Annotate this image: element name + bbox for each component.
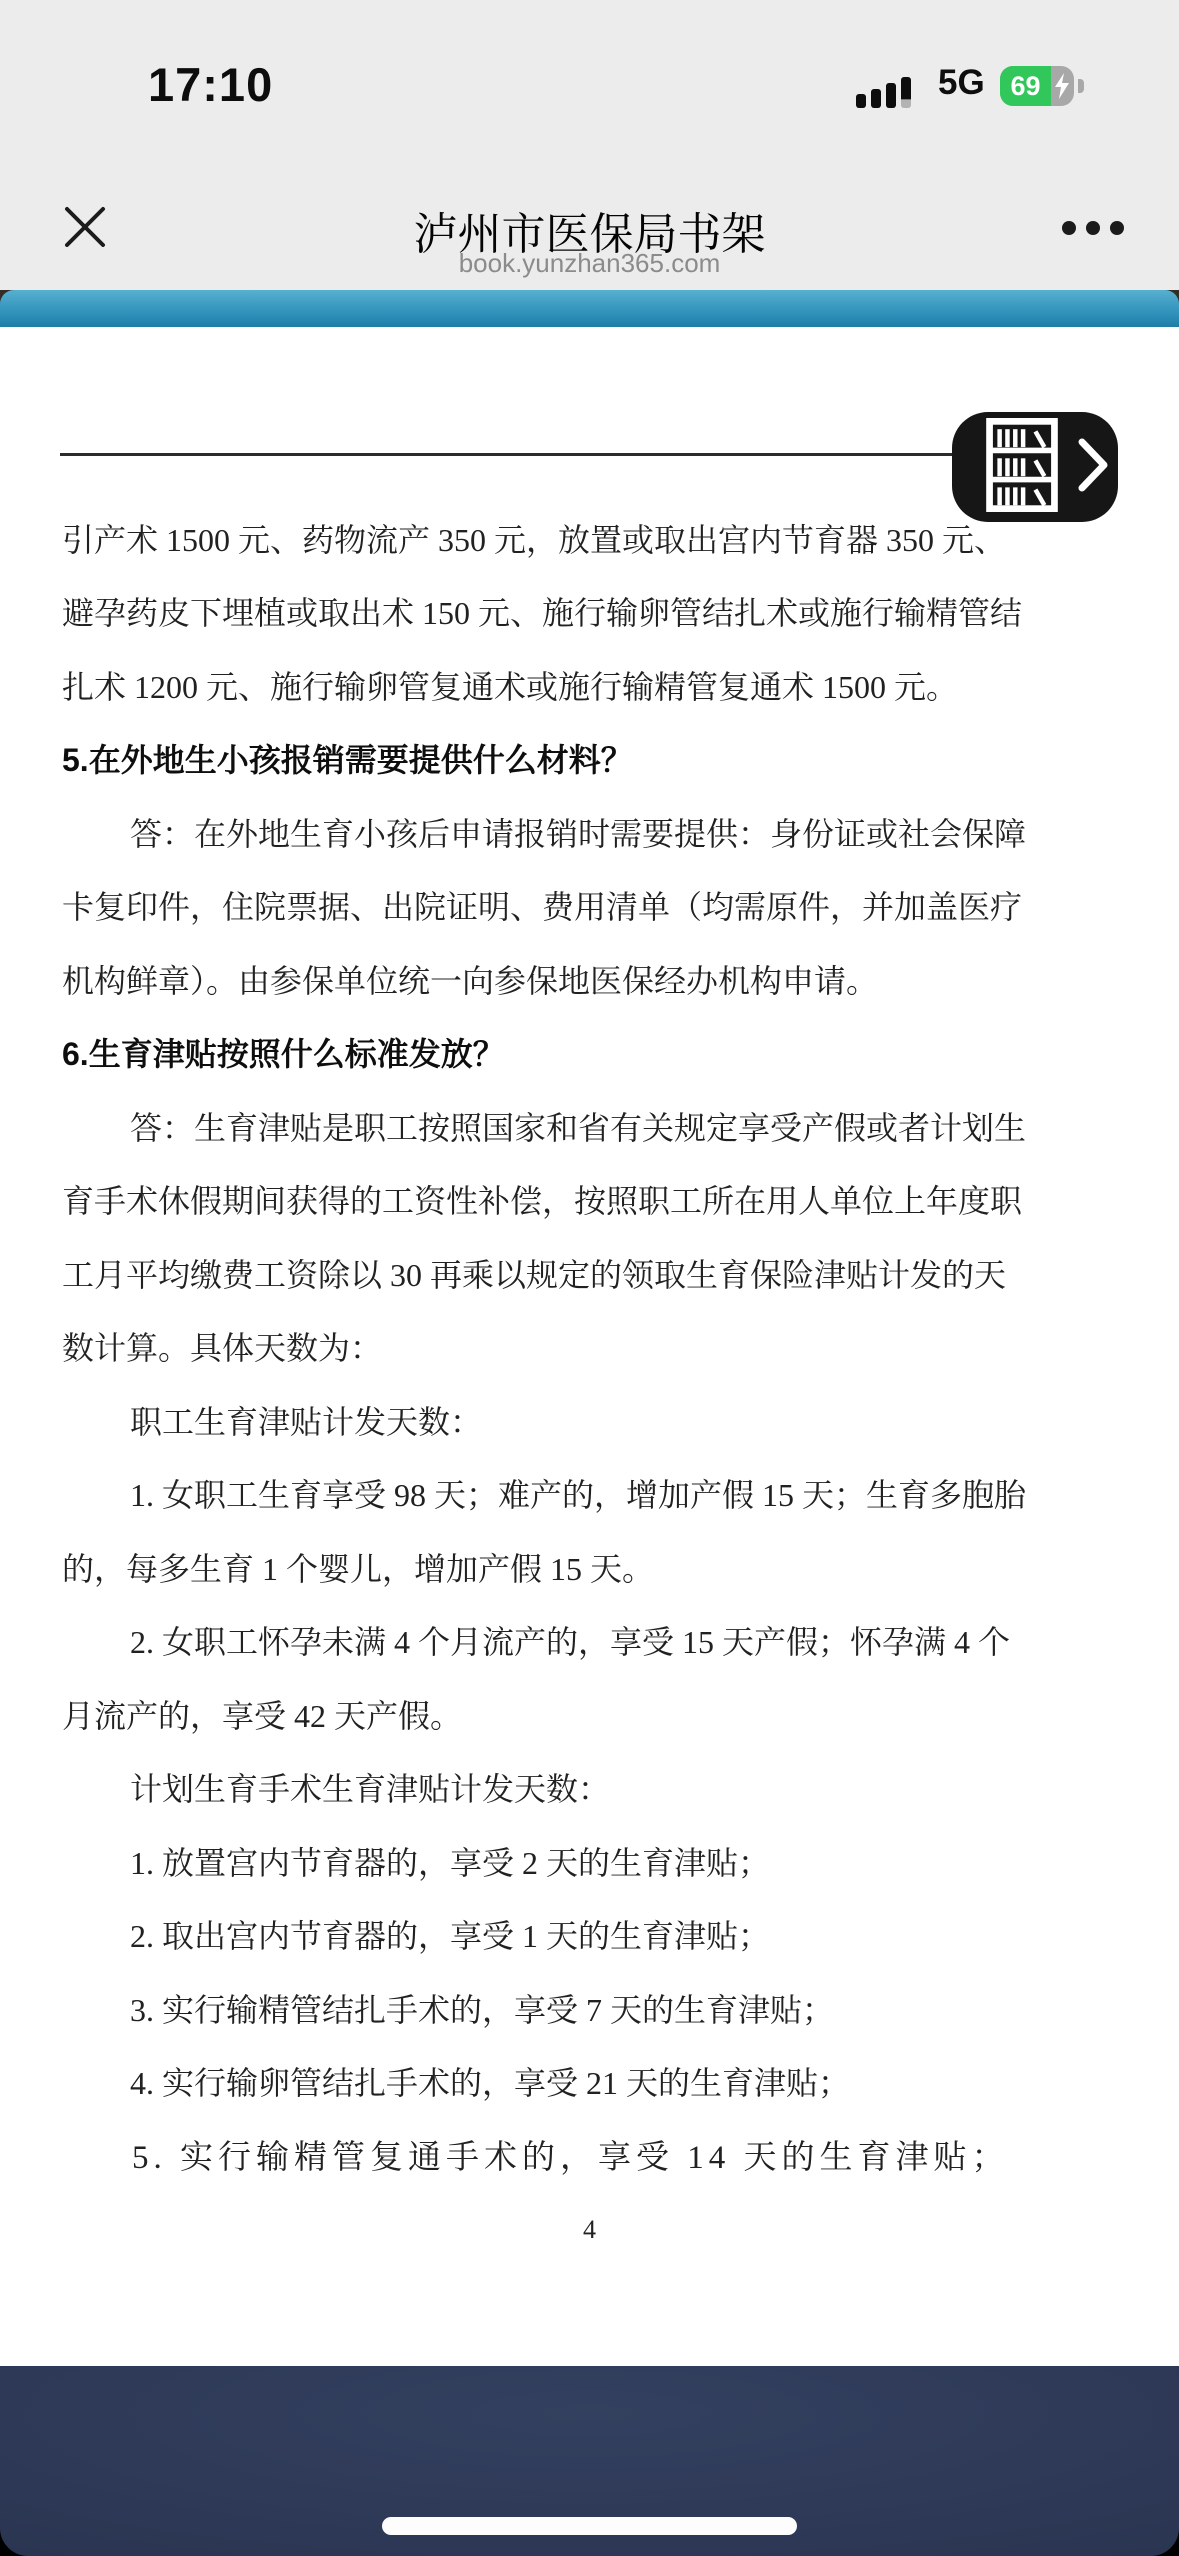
document-line: 1. 女职工生育享受 98 天；难产的，增加产假 15 天；生育多胞胎 (62, 1457, 1122, 1531)
flipbook-backdrop (0, 290, 1179, 327)
signal-bar (871, 89, 881, 108)
document-line: 职工生育津贴计发天数： (62, 1383, 1122, 1457)
battery-icon: 69 (1000, 66, 1084, 106)
ellipsis-dot (1062, 221, 1076, 235)
charging-bolt-icon (1053, 73, 1071, 104)
document-line: 的，每多生育 1 个婴儿，增加产假 15 天。 (62, 1530, 1122, 1604)
document-line: 数计算。具体天数为： (62, 1310, 1122, 1384)
more-menu-button[interactable] (1062, 221, 1124, 235)
network-type-label: 5G (938, 63, 985, 103)
document-line: 2. 取出宫内节育器的，享受 1 天的生育津贴； (62, 1898, 1122, 1972)
document-line: 1. 放置宫内节育器的，享受 2 天的生育津贴； (62, 1824, 1122, 1898)
battery-cap (1078, 79, 1084, 93)
document-line: 2. 女职工怀孕未满 4 个月流产的，享受 15 天产假；怀孕满 4 个 (62, 1604, 1122, 1678)
home-indicator[interactable] (382, 2517, 797, 2535)
document-line: 引产术 1500 元、药物流产 350 元，放置或取出宫内节育器 350 元、 (62, 501, 1122, 575)
document-line: 月流产的，享受 42 天产假。 (62, 1677, 1122, 1751)
page-number: 4 (0, 2215, 1179, 2245)
document-line: 6.生育津贴按照什么标准发放？ (62, 1016, 1122, 1090)
document-line: 工月平均缴费工资除以 30 再乘以规定的领取生育保险津贴计发的天 (62, 1236, 1122, 1310)
document-line: 扎术 1200 元、施行输卵管复通术或施行输精管复通术 1500 元。 (62, 648, 1122, 722)
signal-bar (856, 94, 866, 108)
document-page: 引产术 1500 元、药物流产 350 元，放置或取出宫内节育器 350 元、避… (0, 327, 1179, 2366)
document-line: 5. 实行输精管复通手术的，享受 14 天的生育津贴； (62, 2118, 1122, 2192)
document-line: 答：在外地生育小孩后申请报销时需要提供：身份证或社会保障 (62, 795, 1122, 869)
ellipsis-dot (1086, 221, 1100, 235)
chevron-right-icon (1076, 436, 1110, 499)
battery-body: 69 (1000, 66, 1074, 106)
page-url: book.yunzhan365.com (0, 248, 1179, 279)
signal-bar (901, 77, 911, 108)
document-line: 计划生育手术生育津贴计发天数： (62, 1751, 1122, 1825)
document-line: 卡复印件，住院票据、出院证明、费用清单（均需原件，并加盖医疗 (62, 869, 1122, 943)
document-line: 育手术休假期间获得的工资性补偿，按照职工所在用人单位上年度职 (62, 1163, 1122, 1237)
document-line: 4. 实行输卵管结扎手术的，享受 21 天的生育津贴； (62, 2045, 1122, 2119)
header-rule (60, 453, 1012, 456)
document-line: 5.在外地生小孩报销需要提供什么材料？ (62, 722, 1122, 796)
phone-screen: 17:10 5G 69 (0, 0, 1179, 2556)
page-top-edge (0, 290, 1179, 327)
status-time: 17:10 (148, 57, 273, 112)
document-text: 引产术 1500 元、药物流产 350 元，放置或取出宫内节育器 350 元、避… (62, 501, 1122, 2192)
document-line: 避孕药皮下埋植或取出术 150 元、施行输卵管结扎术或施行输精管结 (62, 575, 1122, 649)
cellular-signal-icon (856, 68, 926, 108)
flipbook-footer (0, 2366, 1179, 2556)
signal-bar (886, 83, 896, 108)
document-line: 机构鲜章）。由参保单位统一向参保地医保经办机构申请。 (62, 942, 1122, 1016)
browser-chrome: 17:10 5G 69 (0, 0, 1179, 290)
document-line: 答：生育津贴是职工按照国家和省有关规定享受产假或者计划生 (62, 1089, 1122, 1163)
ellipsis-dot (1110, 221, 1124, 235)
battery-percent: 69 (1000, 66, 1051, 106)
document-line: 3. 实行输精管结扎手术的，享受 7 天的生育津贴； (62, 1971, 1122, 2045)
